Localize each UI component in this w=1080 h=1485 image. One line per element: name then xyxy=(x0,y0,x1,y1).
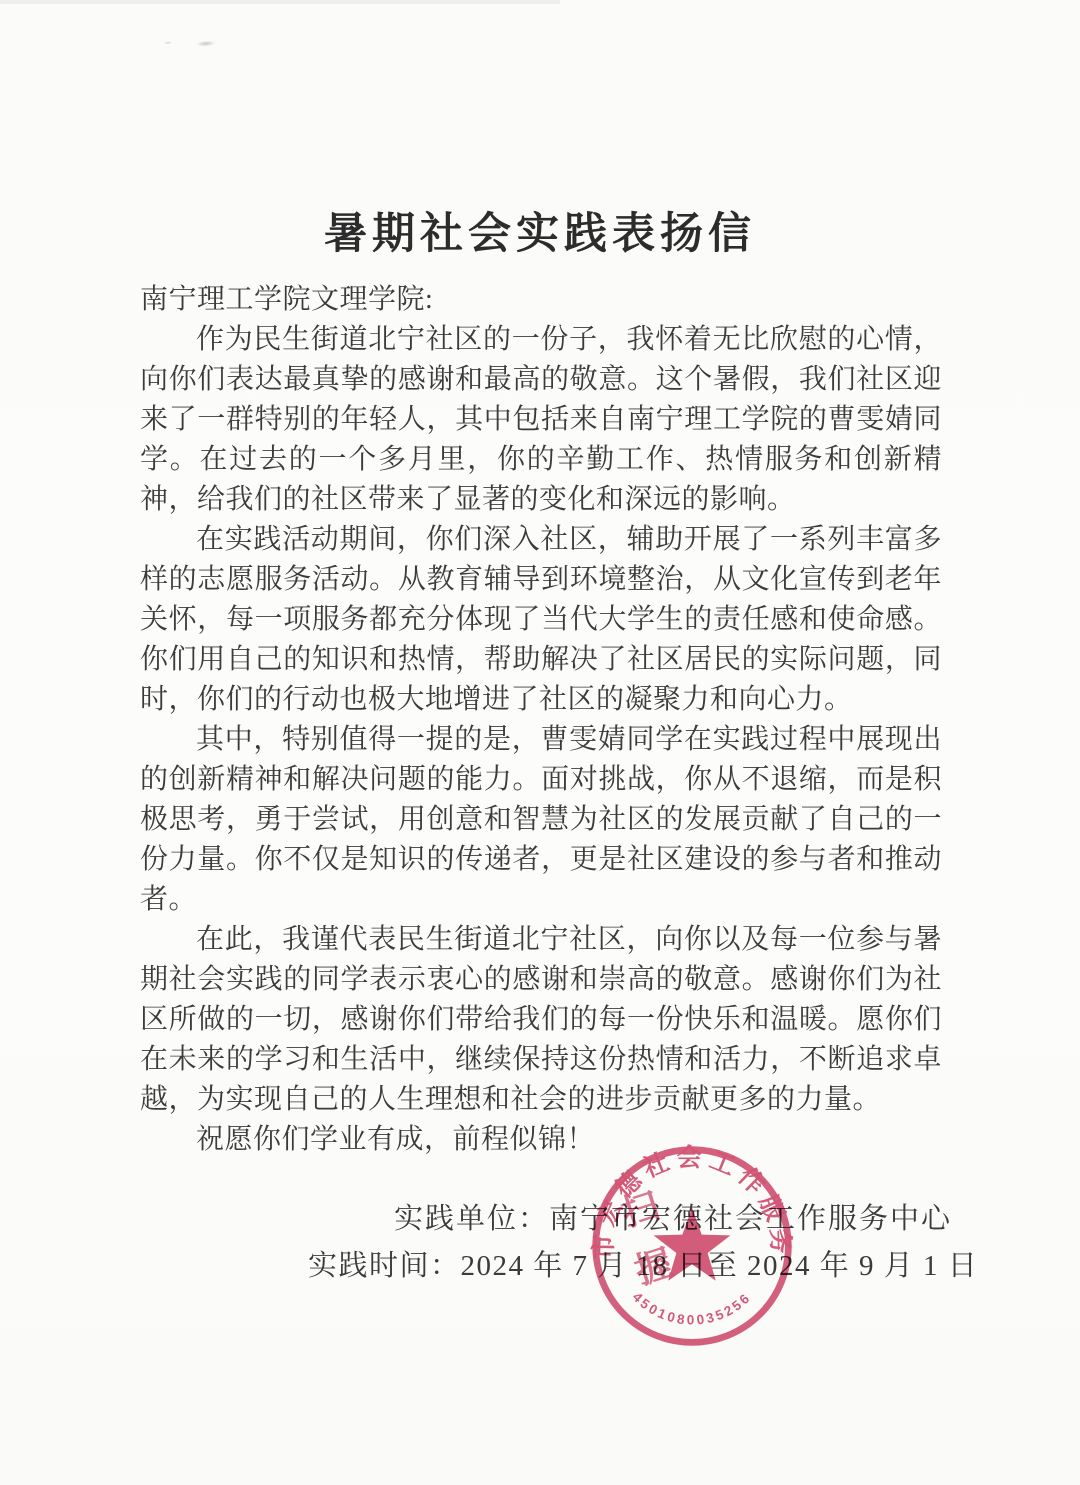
scan-artifact-strip xyxy=(0,0,560,4)
letter-paragraph-1: 作为民生街道北宁社区的一份子，我怀着无比欣慰的心情，向你们表达最真挚的感谢和最高… xyxy=(140,320,942,520)
scan-artifact-smudge xyxy=(150,33,241,53)
scanned-letter-page: 暑期社会实践表扬信 南宁理工学院文理学院: 作为民生街道北宁社区的一份子，我怀着… xyxy=(0,0,1080,1485)
letter-paragraph-4: 在此，我谨代表民生街道北宁社区，向你以及每一位参与暑期社会实践的同学表示衷心的感… xyxy=(140,920,942,1120)
letter-closing-wish: 祝愿你们学业有成，前程似锦！ xyxy=(140,1120,942,1160)
seal-serial-number: 4501080035256 xyxy=(630,1289,755,1327)
official-seal-stamp: 南宁市宏德社会工作服务中心 4501080035256 扫 握 xyxy=(586,1140,798,1352)
letter-salutation: 南宁理工学院文理学院: xyxy=(140,280,942,320)
letter-title: 暑期社会实践表扬信 xyxy=(0,200,1080,261)
letter-paragraph-3: 其中，特别值得一提的是，曹雯婧同学在实践过程中展现出的创新精神和解决问题的能力。… xyxy=(140,720,942,920)
letter-paragraph-2: 在实践活动期间，你们深入社区，辅助开展了一系列丰富多样的志愿服务活动。从教育辅导… xyxy=(140,520,942,720)
svg-text:4501080035256: 4501080035256 xyxy=(630,1289,755,1327)
seal-overprint-mark-2: 握 xyxy=(630,1242,678,1292)
letter-body: 南宁理工学院文理学院: 作为民生街道北宁社区的一份子，我怀着无比欣慰的心情，向你… xyxy=(140,280,942,1160)
